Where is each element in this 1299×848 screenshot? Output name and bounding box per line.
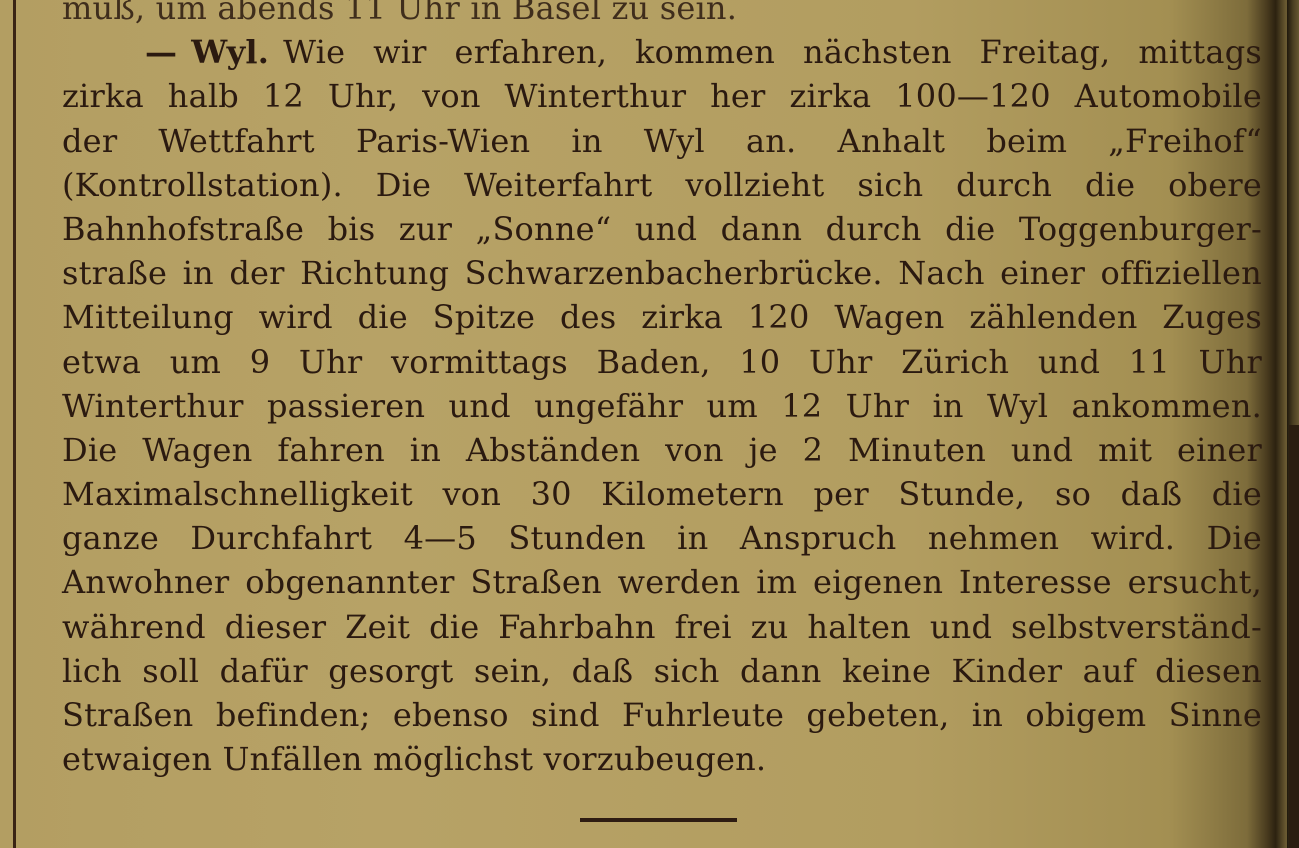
- text-line: Winterthur passieren und ungefähr um 12 …: [62, 384, 1262, 428]
- text-line-content: straße in der Richtung Schwarzenbacherbr…: [62, 251, 1262, 295]
- text-line: Straßen befinden; ebenso sind Fuhrleute …: [62, 693, 1262, 737]
- text-line: ganze Durchfahrt 4—5 Stunden in Anspruch…: [62, 516, 1262, 560]
- text-line-content: Die Wagen fahren in Abständen von je 2 M…: [62, 428, 1262, 472]
- text-line: zirka halb 12 Uhr, von Winterthur her zi…: [62, 74, 1262, 118]
- previous-article-last-line: muß, um abends 11 Uhr in Basel zu sein.: [62, 0, 1262, 30]
- text-line-content: Anwohner obgenannter Straßen werden im e…: [62, 560, 1262, 604]
- text-line-content: während dieser Zeit die Fahrbahn frei zu…: [62, 605, 1262, 649]
- text-line: (Kontrollstation). Die Weiterfahrt vollz…: [62, 163, 1262, 207]
- text-line-last: etwaigen Unfällen möglichst vorzubeugen.: [62, 737, 1262, 781]
- text-line-content: Bahnhofstraße bis zur „Sonne“ und dann d…: [62, 207, 1262, 251]
- article-text: muß, um abends 11 Uhr in Basel zu sein. …: [62, 0, 1262, 781]
- text-line: lich soll dafür gesorgt sein, daß sich d…: [62, 649, 1262, 693]
- text-line: muß, um abends 11 Uhr in Basel zu sein.: [62, 0, 737, 30]
- text-line-content: Straßen befinden; ebenso sind Fuhrleute …: [62, 693, 1262, 737]
- text-line-content: Winterthur passieren und ungefähr um 12 …: [62, 384, 1262, 428]
- column-rule-left: [13, 0, 16, 848]
- text-line-content: Maximalschnelligkeit von 30 Kilometern p…: [62, 472, 1262, 516]
- text-line-content: der Wettfahrt Paris-Wien in Wyl an. Anha…: [62, 119, 1262, 163]
- text-line: Wie wir erfahren, kommen nächsten Freita…: [283, 30, 1262, 74]
- text-line-content: etwa um 9 Uhr vormittags Baden, 10 Uhr Z…: [62, 340, 1262, 384]
- text-line: Die Wagen fahren in Abständen von je 2 M…: [62, 428, 1262, 472]
- text-line: während dieser Zeit die Fahrbahn frei zu…: [62, 605, 1262, 649]
- text-line: Anwohner obgenannter Straßen werden im e…: [62, 560, 1262, 604]
- text-line-content: ganze Durchfahrt 4—5 Stunden in Anspruch…: [62, 516, 1262, 560]
- gutter-shadow: [1289, 425, 1299, 848]
- text-line: Bahnhofstraße bis zur „Sonne“ und dann d…: [62, 207, 1262, 251]
- text-line-content: etwaigen Unfällen möglichst vorzubeugen.: [62, 737, 766, 781]
- text-line: Maximalschnelligkeit von 30 Kilometern p…: [62, 472, 1262, 516]
- text-line: etwa um 9 Uhr vormittags Baden, 10 Uhr Z…: [62, 340, 1262, 384]
- article-first-line: — Wyl. Wie wir erfahren, kommen nächsten…: [62, 30, 1262, 74]
- text-line-content: zirka halb 12 Uhr, von Winterthur her zi…: [62, 74, 1262, 118]
- dash: —: [145, 30, 177, 74]
- text-line: straße in der Richtung Schwarzenbacherbr…: [62, 251, 1262, 295]
- text-line: Mitteilung wird die Spitze des zirka 120…: [62, 295, 1262, 339]
- text-line-content: (Kontrollstation). Die Weiterfahrt vollz…: [62, 163, 1262, 207]
- text-line-content: Mitteilung wird die Spitze des zirka 120…: [62, 295, 1262, 339]
- page-gutter-edge: [1287, 0, 1299, 848]
- article-separator-rule: [580, 818, 737, 822]
- text-line-content: lich soll dafür gesorgt sein, daß sich d…: [62, 649, 1262, 693]
- text-line: der Wettfahrt Paris-Wien in Wyl an. Anha…: [62, 119, 1262, 163]
- newspaper-page: muß, um abends 11 Uhr in Basel zu sein. …: [0, 0, 1299, 848]
- article-heading: Wyl.: [191, 30, 269, 74]
